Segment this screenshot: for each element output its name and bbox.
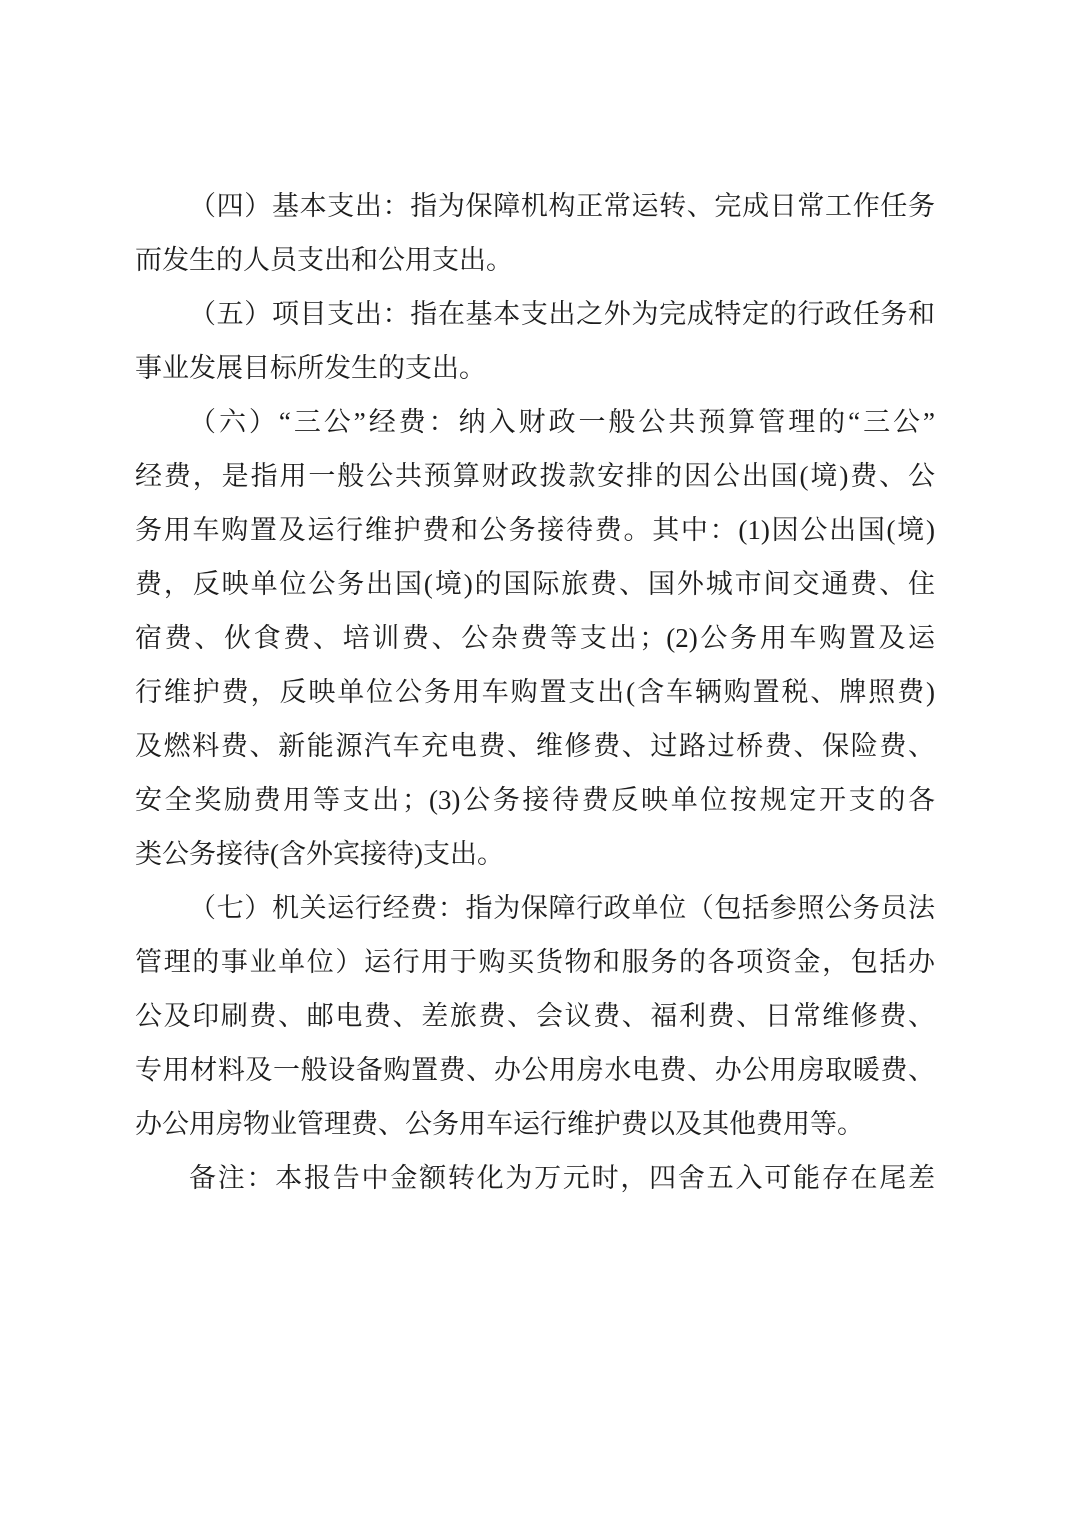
text-line: 经费，是指用一般公共预算财政拨款安排的因公出国(境)费、公 xyxy=(135,449,935,503)
document-page: （四）基本支出：指为保障机构正常运转、完成日常工作任务 而发生的人员支出和公用支… xyxy=(0,0,1074,1520)
paragraph-basic-expenditure: （四）基本支出：指为保障机构正常运转、完成日常工作任务 而发生的人员支出和公用支… xyxy=(135,179,935,287)
text-line: 行维护费，反映单位公务用车购置支出(含车辆购置税、牌照费) xyxy=(135,665,935,719)
text-line: 务用车购置及运行维护费和公务接待费。其中：(1)因公出国(境) xyxy=(135,503,935,557)
text-line: 及燃料费、新能源汽车充电费、维修费、过路过桥费、保险费、 xyxy=(135,719,935,773)
paragraph-remark: 备注：本报告中金额转化为万元时，四舍五入可能存在尾差 xyxy=(135,1151,935,1205)
text-line: 宿费、伙食费、培训费、公杂费等支出；(2)公务用车购置及运 xyxy=(135,611,935,665)
text-line: 办公用房物业管理费、公务用车运行维护费以及其他费用等。 xyxy=(135,1097,935,1151)
text-line: 公及印刷费、邮电费、差旅费、会议费、福利费、日常维修费、 xyxy=(135,989,935,1043)
text-line: 类公务接待(含外宾接待)支出。 xyxy=(135,827,935,881)
text-line: 安全奖励费用等支出；(3)公务接待费反映单位按规定开支的各 xyxy=(135,773,935,827)
text-line: （七）机关运行经费：指为保障行政单位（包括参照公务员法 xyxy=(135,881,935,935)
text-block: （四）基本支出：指为保障机构正常运转、完成日常工作任务 而发生的人员支出和公用支… xyxy=(135,179,935,1205)
paragraph-three-public-funds: （六）“三公”经费：纳入财政一般公共预算管理的“三公” 经费，是指用一般公共预算… xyxy=(135,395,935,881)
text-line: 备注：本报告中金额转化为万元时，四舍五入可能存在尾差 xyxy=(135,1151,935,1205)
text-line: （六）“三公”经费：纳入财政一般公共预算管理的“三公” xyxy=(135,395,935,449)
text-line: 专用材料及一般设备购置费、办公用房水电费、办公用房取暖费、 xyxy=(135,1043,935,1097)
text-line: 费，反映单位公务出国(境)的国际旅费、国外城市间交通费、住 xyxy=(135,557,935,611)
paragraph-project-expenditure: （五）项目支出：指在基本支出之外为完成特定的行政任务和 事业发展目标所发生的支出… xyxy=(135,287,935,395)
text-line: 事业发展目标所发生的支出。 xyxy=(135,341,935,395)
text-line: 而发生的人员支出和公用支出。 xyxy=(135,233,935,287)
text-line: （四）基本支出：指为保障机构正常运转、完成日常工作任务 xyxy=(135,179,935,233)
text-line: 管理的事业单位）运行用于购买货物和服务的各项资金，包括办 xyxy=(135,935,935,989)
text-line: （五）项目支出：指在基本支出之外为完成特定的行政任务和 xyxy=(135,287,935,341)
paragraph-agency-operating-funds: （七）机关运行经费：指为保障行政单位（包括参照公务员法 管理的事业单位）运行用于… xyxy=(135,881,935,1151)
